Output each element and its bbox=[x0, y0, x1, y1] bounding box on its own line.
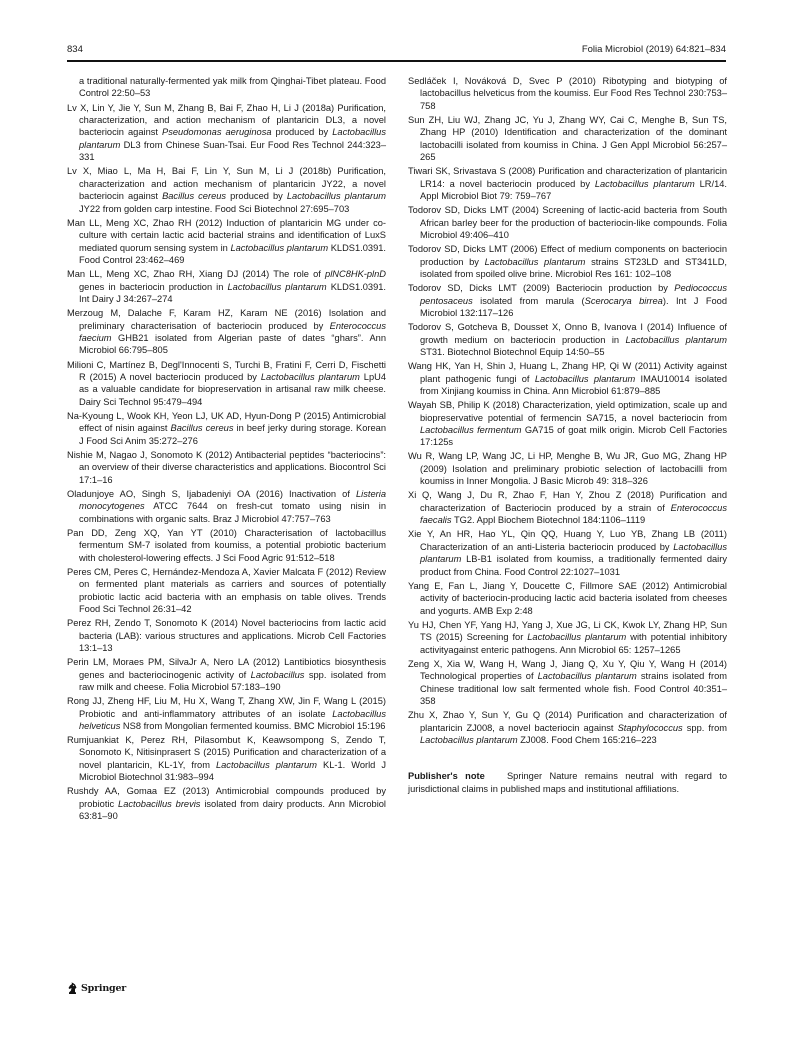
reference-italic-term: Lactobacillus plantarum bbox=[227, 282, 326, 292]
reference-entry: Milioni C, Martínez B, Degl'Innocenti S,… bbox=[67, 359, 386, 409]
reference-text: Sedláček I, Nováková D, Svec P (2010) Ri… bbox=[408, 76, 727, 111]
reference-italic-term: Lactobacillus plantarum bbox=[485, 257, 586, 267]
reference-italic-term: Bacillus cereus bbox=[162, 191, 226, 201]
reference-entry: Xie Y, An HR, Hao YL, Qin QQ, Huang Y, L… bbox=[408, 528, 727, 578]
references-left-column: a traditional naturally-fermented yak mi… bbox=[67, 75, 386, 824]
reference-entry: Todorov SD, Dicks LMT (2009) Bacteriocin… bbox=[408, 282, 727, 319]
reference-italic-term: plNC8HK-plnD bbox=[325, 269, 386, 279]
reference-italic-term: Lactobacillus plantarum bbox=[287, 191, 386, 201]
reference-text: Sun ZH, Liu WJ, Zhang JC, Yu J, Zhang WY… bbox=[408, 115, 727, 162]
reference-text: produced by bbox=[226, 191, 287, 201]
reference-text: Pan DD, Zeng XQ, Yan YT (2010) Character… bbox=[67, 528, 386, 563]
reference-italic-term: Bacillus cereus bbox=[171, 423, 234, 433]
reference-text: JY22 from golden carp intestine. Food Sc… bbox=[79, 204, 349, 214]
reference-text: LB-B1 isolated from koumiss, a tradition… bbox=[420, 554, 727, 576]
reference-text: ST31. Biotechnol Biotechnol Equip 14:50–… bbox=[420, 347, 605, 357]
reference-entry: Wayah SB, Philip K (2018) Characterizati… bbox=[408, 399, 727, 449]
reference-text: Oladunjoye AO, Singh S, Ijabadeniyi OA (… bbox=[67, 489, 356, 499]
reference-entry: Yang E, Fan L, Jiang Y, Doucette C, Fill… bbox=[408, 580, 727, 617]
right-reference-list: Sedláček I, Nováková D, Svec P (2010) Ri… bbox=[408, 75, 727, 746]
reference-entry: Man LL, Meng XC, Zhao RH (2012) Inductio… bbox=[67, 217, 386, 267]
reference-entry: Zhu X, Zhao Y, Sun Y, Gu Q (2014) Purifi… bbox=[408, 709, 727, 746]
reference-italic-term: Lactobacillus plantarum bbox=[230, 243, 328, 253]
reference-italic-term: Lactobacillus plantarum bbox=[538, 671, 637, 681]
reference-italic-term: Lactobacillus bbox=[251, 670, 305, 680]
reference-italic-term: Lactobacillus plantarum bbox=[535, 374, 635, 384]
reference-entry: Lv X, Lin Y, Jie Y, Sun M, Zhang B, Bai … bbox=[67, 102, 386, 164]
reference-italic-term: Staphylococcus bbox=[618, 723, 683, 733]
reference-entry: Man LL, Meng XC, Zhao RH, Xiang DJ (2014… bbox=[67, 268, 386, 305]
reference-text: isolated from marula ( bbox=[473, 296, 585, 306]
reference-entry: Wu R, Wang LP, Wang JC, Li HP, Menghe B,… bbox=[408, 450, 727, 487]
reference-text: DL3 from Chinese Suan-Tsai. Eur Food Res… bbox=[79, 140, 386, 162]
reference-text: Peres CM, Peres C, Hernández-Mendoza A, … bbox=[67, 567, 386, 614]
reference-text: Man LL, Meng XC, Zhao RH, Xiang DJ (2014… bbox=[67, 269, 325, 279]
reference-entry: Xi Q, Wang J, Du R, Zhao F, Han Y, Zhou … bbox=[408, 489, 727, 526]
reference-italic-term: Lactobacillus plantarum bbox=[595, 179, 695, 189]
page-number: 834 bbox=[67, 44, 83, 55]
reference-italic-term: Lactobacillus plantarum bbox=[216, 760, 317, 770]
springer-chess-knight-icon bbox=[67, 982, 78, 995]
reference-entry: Yu HJ, Chen YF, Yang HJ, Yang J, Xue JG,… bbox=[408, 619, 727, 656]
reference-text: genes in bacteriocin production in bbox=[79, 282, 227, 292]
reference-text: Todorov SD, Dicks LMT (2004) Screening o… bbox=[408, 205, 727, 240]
reference-text: Perez RH, Zendo T, Sonomoto K (2014) Nov… bbox=[67, 618, 386, 653]
reference-entry: Sun ZH, Liu WJ, Zhang JC, Yu J, Zhang WY… bbox=[408, 114, 727, 164]
reference-text: TG2. Appl Biochem Biotechnol 184:1106–11… bbox=[452, 515, 646, 525]
reference-italic-term: Lactobacillus plantarum bbox=[527, 632, 626, 642]
publisher-note-label: Publisher's note bbox=[408, 771, 485, 781]
reference-italic-term: Lactobacillus plantarum bbox=[261, 372, 360, 382]
reference-entry: Rong JJ, Zheng HF, Liu M, Hu X, Wang T, … bbox=[67, 695, 386, 732]
reference-entry: Pan DD, Zeng XQ, Yan YT (2010) Character… bbox=[67, 527, 386, 564]
left-reference-list: Lv X, Lin Y, Jie Y, Sun M, Zhang B, Bai … bbox=[67, 102, 386, 823]
reference-entry: Na-Kyoung L, Wook KH, Yeon LJ, UK AD, Hy… bbox=[67, 410, 386, 447]
springer-logo-text: Springer bbox=[81, 983, 126, 994]
publisher-note: Publisher's note Springer Nature remains… bbox=[408, 770, 727, 795]
reference-entry: Oladunjoye AO, Singh S, Ijabadeniyi OA (… bbox=[67, 488, 386, 525]
reference-italic-term: Pseudomonas aeruginosa bbox=[162, 127, 271, 137]
reference-text: GHB21 isolated from Algerian paste of da… bbox=[79, 333, 386, 355]
header-rule bbox=[67, 60, 726, 62]
reference-text: NS8 from Mongolian fermented koumiss. BM… bbox=[120, 721, 385, 731]
reference-entry: Tiwari SK, Srivastava S (2008) Purificat… bbox=[408, 165, 727, 202]
reference-text: Wayah SB, Philip K (2018) Characterizati… bbox=[408, 400, 727, 422]
reference-italic-term: Lactobacillus fermentum bbox=[420, 425, 522, 435]
reference-entry: Perez RH, Zendo T, Sonomoto K (2014) Nov… bbox=[67, 617, 386, 654]
publisher-logo: Springer bbox=[67, 982, 126, 995]
reference-entry: Lv X, Miao L, Ma H, Bai F, Lin Y, Sun M,… bbox=[67, 165, 386, 215]
reference-text: spp. from bbox=[683, 723, 727, 733]
reference-entry: Merzoug M, Dalache F, Karam HZ, Karam NE… bbox=[67, 307, 386, 357]
reference-text: Wu R, Wang LP, Wang JC, Li HP, Menghe B,… bbox=[408, 451, 727, 486]
references-right-column: Sedláček I, Nováková D, Svec P (2010) Ri… bbox=[408, 75, 727, 805]
journal-reference: Folia Microbiol (2019) 64:821–834 bbox=[582, 44, 726, 55]
reference-italic-term: Scerocarya birrea bbox=[585, 296, 663, 306]
reference-continuation: a traditional naturally-fermented yak mi… bbox=[67, 75, 386, 100]
reference-entry: Todorov SD, Dicks LMT (2004) Screening o… bbox=[408, 204, 727, 241]
reference-entry: Nishie M, Nagao J, Sonomoto K (2012) Ant… bbox=[67, 449, 386, 486]
reference-text: Nishie M, Nagao J, Sonomoto K (2012) Ant… bbox=[67, 450, 386, 485]
reference-entry: Peres CM, Peres C, Hernández-Mendoza A, … bbox=[67, 566, 386, 616]
reference-italic-term: Lactobacillus plantarum bbox=[625, 335, 727, 345]
reference-entry: Rumjuankiat K, Perez RH, Pilasombut K, K… bbox=[67, 734, 386, 784]
reference-entry: Todorov SD, Dicks LMT (2006) Effect of m… bbox=[408, 243, 727, 280]
reference-entry: Perin LM, Moraes PM, SilvaJr A, Nero LA … bbox=[67, 656, 386, 693]
reference-text: ZJ008. Food Chem 165:216–223 bbox=[518, 735, 657, 745]
reference-entry: Wang HK, Yan H, Shin J, Huang L, Zhang H… bbox=[408, 360, 727, 397]
reference-text: Todorov SD, Dicks LMT (2009) Bacteriocin… bbox=[408, 283, 674, 293]
reference-text: Yang E, Fan L, Jiang Y, Doucette C, Fill… bbox=[408, 581, 727, 616]
reference-italic-term: Lactobacillus plantarum bbox=[420, 735, 518, 745]
reference-entry: Todorov S, Gotcheva B, Dousset X, Onno B… bbox=[408, 321, 727, 358]
reference-text: produced by bbox=[272, 127, 333, 137]
reference-entry: Sedláček I, Nováková D, Svec P (2010) Ri… bbox=[408, 75, 727, 112]
reference-italic-term: Lactobacillus brevis bbox=[118, 799, 200, 809]
reference-entry: Zeng X, Xia W, Wang H, Wang J, Jiang Q, … bbox=[408, 658, 727, 708]
reference-entry: Rushdy AA, Gomaa EZ (2013) Antimicrobial… bbox=[67, 785, 386, 822]
